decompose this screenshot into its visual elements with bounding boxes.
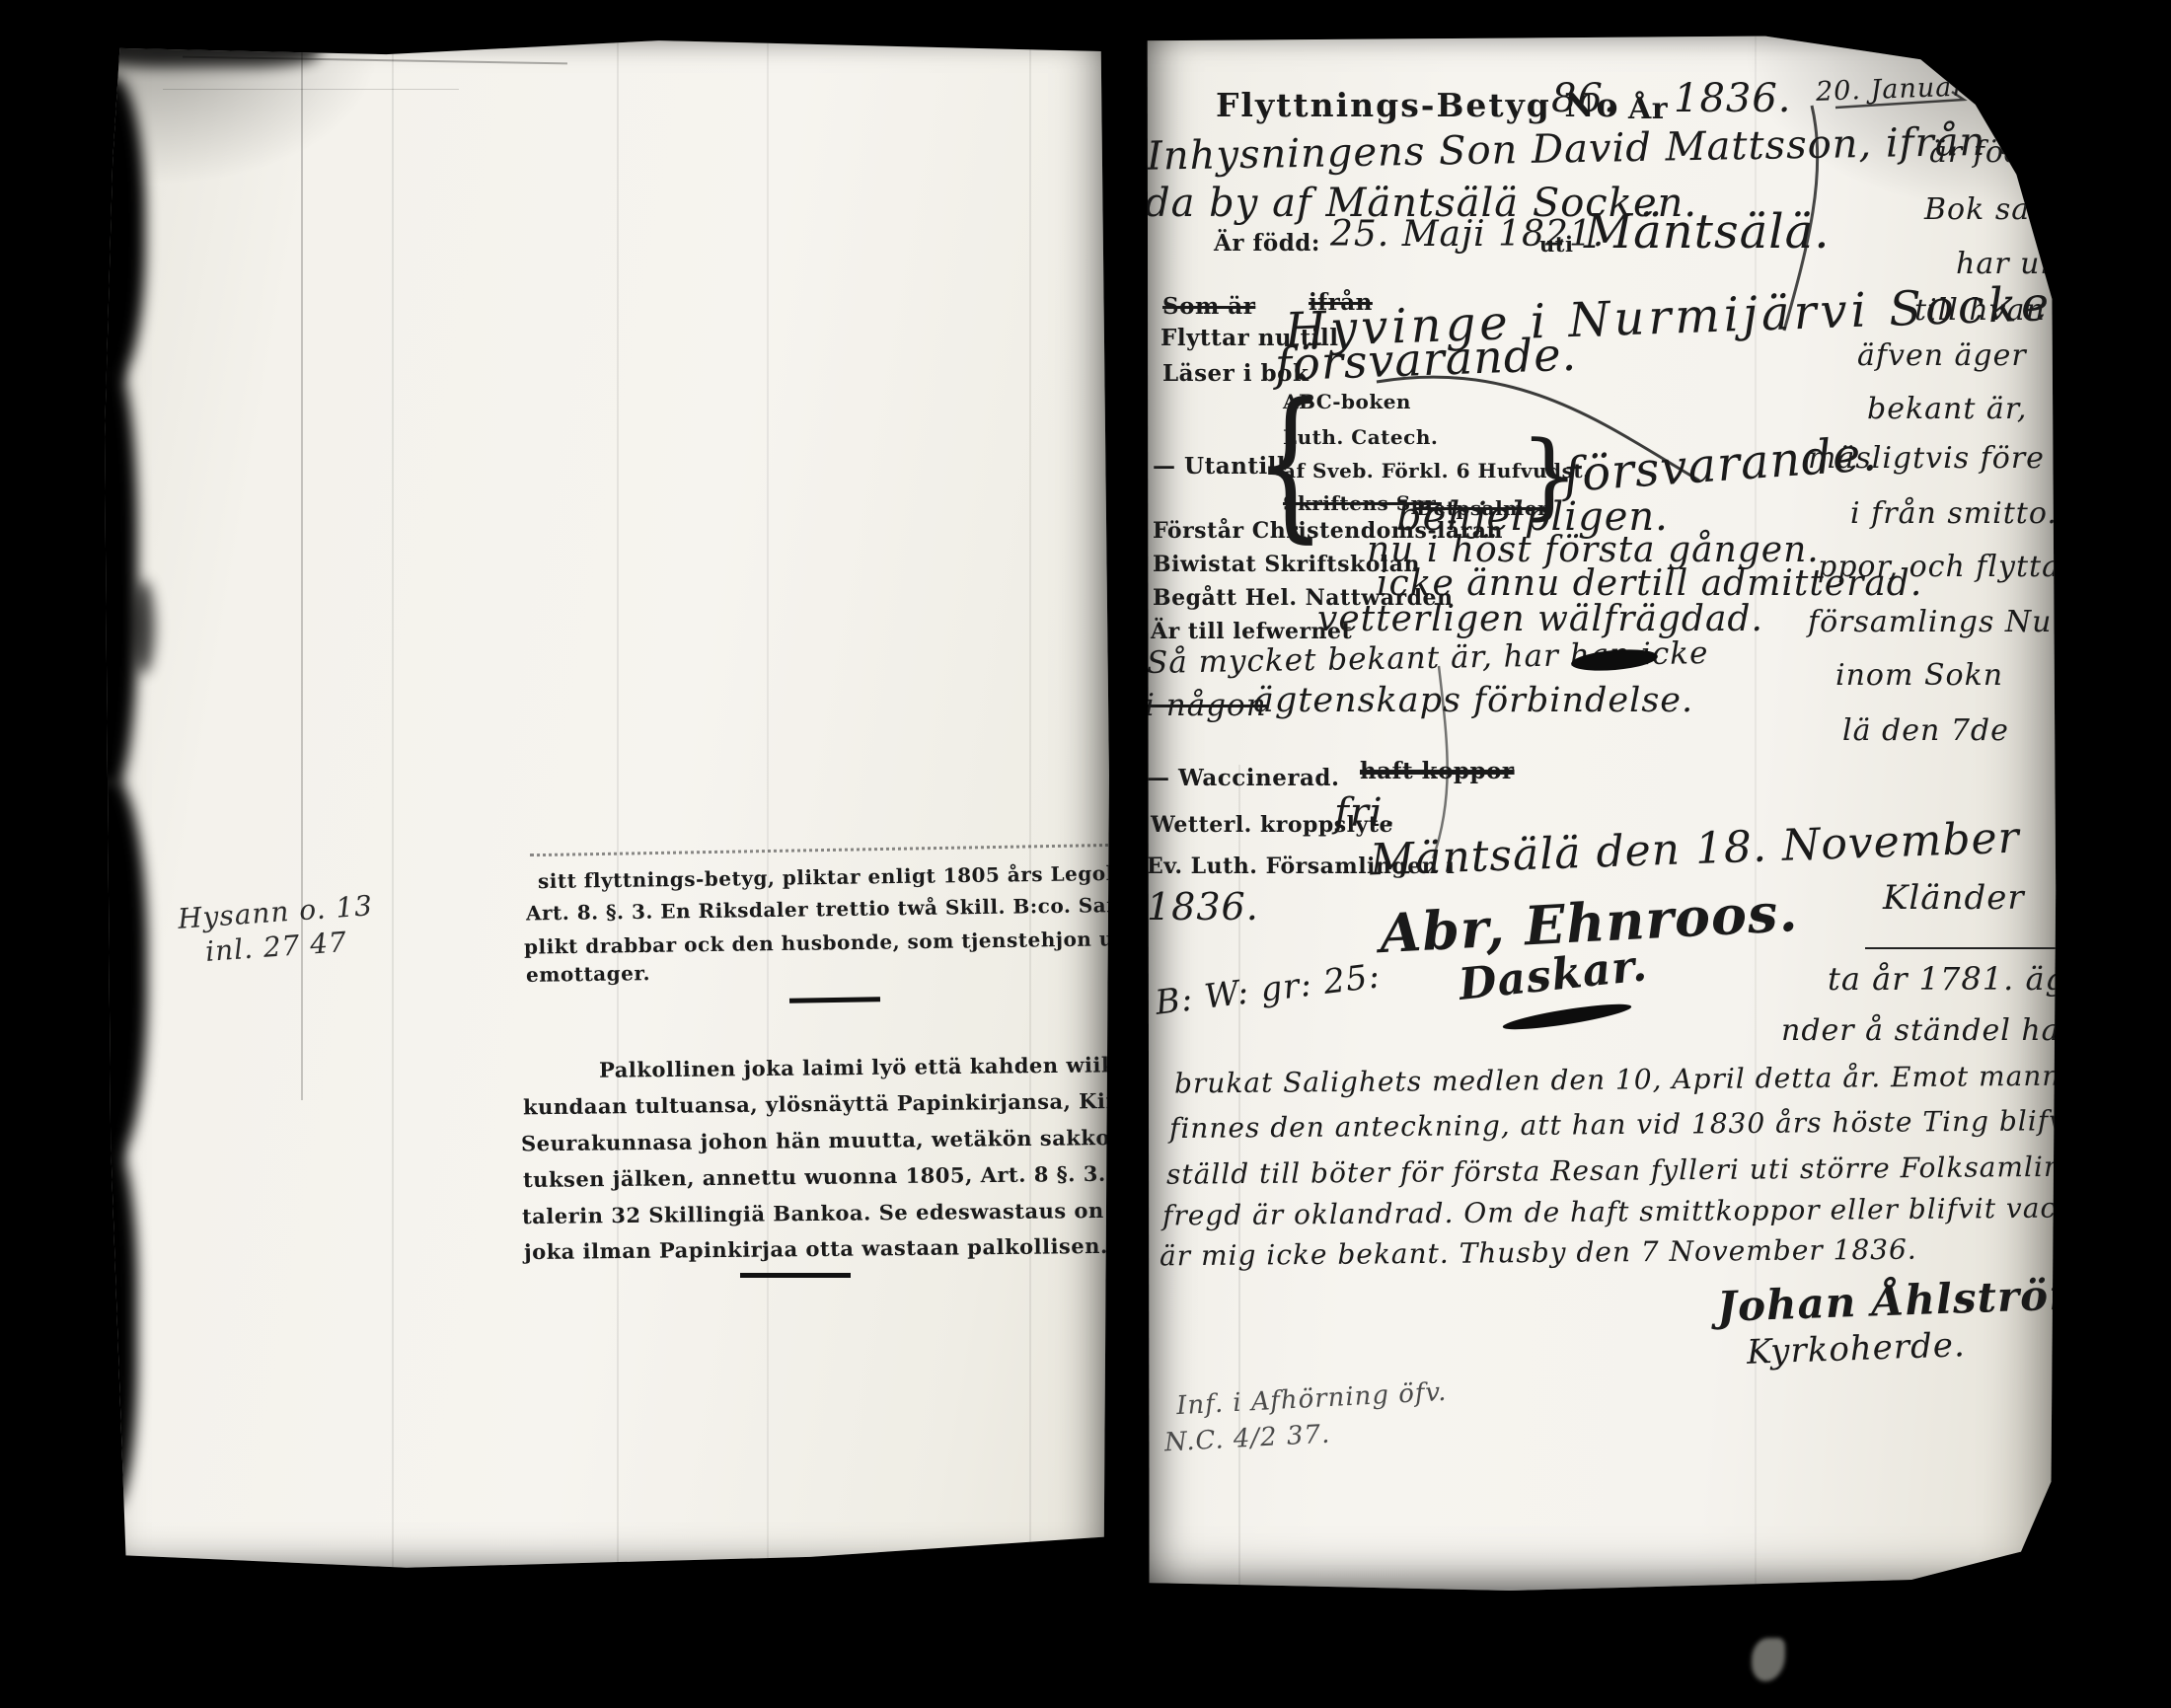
- memorized-item: Luth. Catech.: [1283, 425, 1438, 449]
- year-value: 1836.: [1674, 76, 1792, 121]
- swedish-statute-line: plikt drabbar ock den husbonde, som tjen…: [524, 924, 1113, 958]
- certificate-number: 86.: [1551, 76, 1617, 121]
- year-label: År: [1628, 92, 1668, 126]
- conduct-value: vetterligen wälfrägdad.: [1317, 599, 1763, 639]
- fold-line: [767, 37, 769, 1574]
- finnish-statute-line: Seurakunnasa johon hän muutta, wetäkön s…: [521, 1123, 1113, 1156]
- memorized-item: ABC-boken: [1283, 390, 1411, 413]
- faded-footnote-line: Inf. i Afhörning öfv.: [1175, 1377, 1448, 1421]
- marital-line-struck: i någon: [1145, 688, 1267, 723]
- edge-fragment: ppor, och flytta: [1818, 550, 2058, 584]
- mid-fragment: ta år 1781. äga: [1828, 960, 2058, 998]
- born-uti-label: uti: [1539, 232, 1573, 257]
- finnish-statute-line: tuksen jälken, annettu wuonna 1805, Art.…: [523, 1159, 1113, 1192]
- edge-smudge: [104, 363, 137, 787]
- corner-smudge: [104, 37, 319, 67]
- finnish-statute-line: joka ilman Papinkirjaa otta wastaan palk…: [524, 1233, 1108, 1264]
- fold-line: [392, 37, 394, 1574]
- remark-paragraph-line: brukat Salighets medlen den 10, April de…: [1174, 1058, 2058, 1099]
- parish-value: Mäntsälä den 18. November: [1369, 813, 2020, 886]
- vaccinated-label: — Waccinerad.: [1147, 765, 1339, 791]
- edge-smudge: [104, 77, 145, 383]
- swedish-statute-line: Art. 8. §. 3. En Riksdaler trettio twå S…: [526, 892, 1113, 925]
- scratch-line: [163, 89, 459, 90]
- signature-ahlstrom: Johan Åhlström.: [1716, 1269, 2058, 1331]
- scan-speck: [1752, 1638, 1785, 1681]
- faded-footnote-line: N.C. 4/2 37.: [1163, 1420, 1331, 1458]
- parish-year: 1836.: [1147, 885, 1259, 928]
- signature-title: Kyrkoherde.: [1746, 1325, 1966, 1373]
- person-entry-line: Inhysningens Son David Mattsson, ifrån S…: [1147, 116, 2058, 179]
- small-smudge: [131, 580, 155, 674]
- edge-fragment: har under: [1956, 247, 2058, 281]
- deformity-value: fri.: [1334, 790, 1396, 836]
- section-divider: [789, 997, 880, 1003]
- corner-note: 20. Januari: [1816, 71, 1977, 108]
- remark-paragraph-line: ställd till böter för första Resan fylle…: [1166, 1149, 2058, 1190]
- scanned-book-spread: Hysann o. 13 inl. 27 47 sitt flyttnings-…: [0, 0, 2171, 1708]
- finnish-statute-line: kundaan tultuansa, ylösnäyttä Papinkirja…: [523, 1086, 1113, 1120]
- left-page: Hysann o. 13 inl. 27 47 sitt flyttnings-…: [104, 37, 1113, 1574]
- edge-fragment: äfven äger: [1857, 338, 2027, 373]
- edge-fragment: i från smitto.: [1850, 496, 2058, 531]
- edge-fragment: församlings Num: [1808, 605, 2058, 639]
- edge-fragment: till hvan: [1914, 293, 2046, 328]
- finnish-statute-line: talerin 32 Skillingiä Bankoa. Se edeswas…: [522, 1196, 1113, 1228]
- finnish-statute-line: Palkollinen joka laimi lyö että kahden w…: [599, 1050, 1113, 1082]
- edge-smudge: [104, 1143, 137, 1508]
- edge-fragment: mäsligtvis före: [1808, 441, 2045, 476]
- struck-som-ar: Som är: [1162, 293, 1255, 320]
- mid-fragment: nder å ständel har städs: [1781, 1013, 2058, 1048]
- right-page: 20. Januari Flyttnings-Betyg No 86. År 1…: [1145, 35, 2058, 1591]
- edge-fragment: lä den 7de: [1842, 713, 2009, 748]
- edge-smudge: [104, 778, 147, 1162]
- edge-fragment: är född: [1929, 135, 2044, 170]
- mid-fragment: Kländer: [1883, 878, 2025, 918]
- born-label: Är född:: [1214, 230, 1320, 257]
- fold-line: [1029, 37, 1031, 1574]
- remark-paragraph-line: är mig icke bekant. Thusby den 7 Novembe…: [1160, 1233, 1917, 1273]
- fold-line: [617, 37, 619, 1574]
- swedish-statute-line: sitt flyttnings-betyg, pliktar enligt 18…: [538, 859, 1113, 893]
- edge-rule: [1865, 947, 2058, 949]
- born-place: Mäntsälä.: [1584, 204, 1830, 260]
- marital-line: ägtenskaps förbindelse.: [1253, 681, 1693, 720]
- ink-blob: [1502, 1000, 1633, 1034]
- edge-fragment: bekant är,: [1867, 392, 2027, 426]
- edge-fragment: Bok samt: [1924, 192, 2058, 227]
- section-divider: [740, 1273, 851, 1278]
- remark-paragraph-line: fregd är oklandrad. Om de haft smittkopp…: [1162, 1190, 2058, 1231]
- swedish-statute-line: emottager.: [526, 961, 650, 987]
- remark-paragraph-line: finnes den anteckning, att han vid 1830 …: [1169, 1104, 2058, 1145]
- fee-note: B: W: gr: 25:: [1153, 956, 1383, 1023]
- edge-fragment: inom Sokn: [1835, 658, 2003, 693]
- struck-haft-koppor: haft koppor: [1360, 758, 1515, 784]
